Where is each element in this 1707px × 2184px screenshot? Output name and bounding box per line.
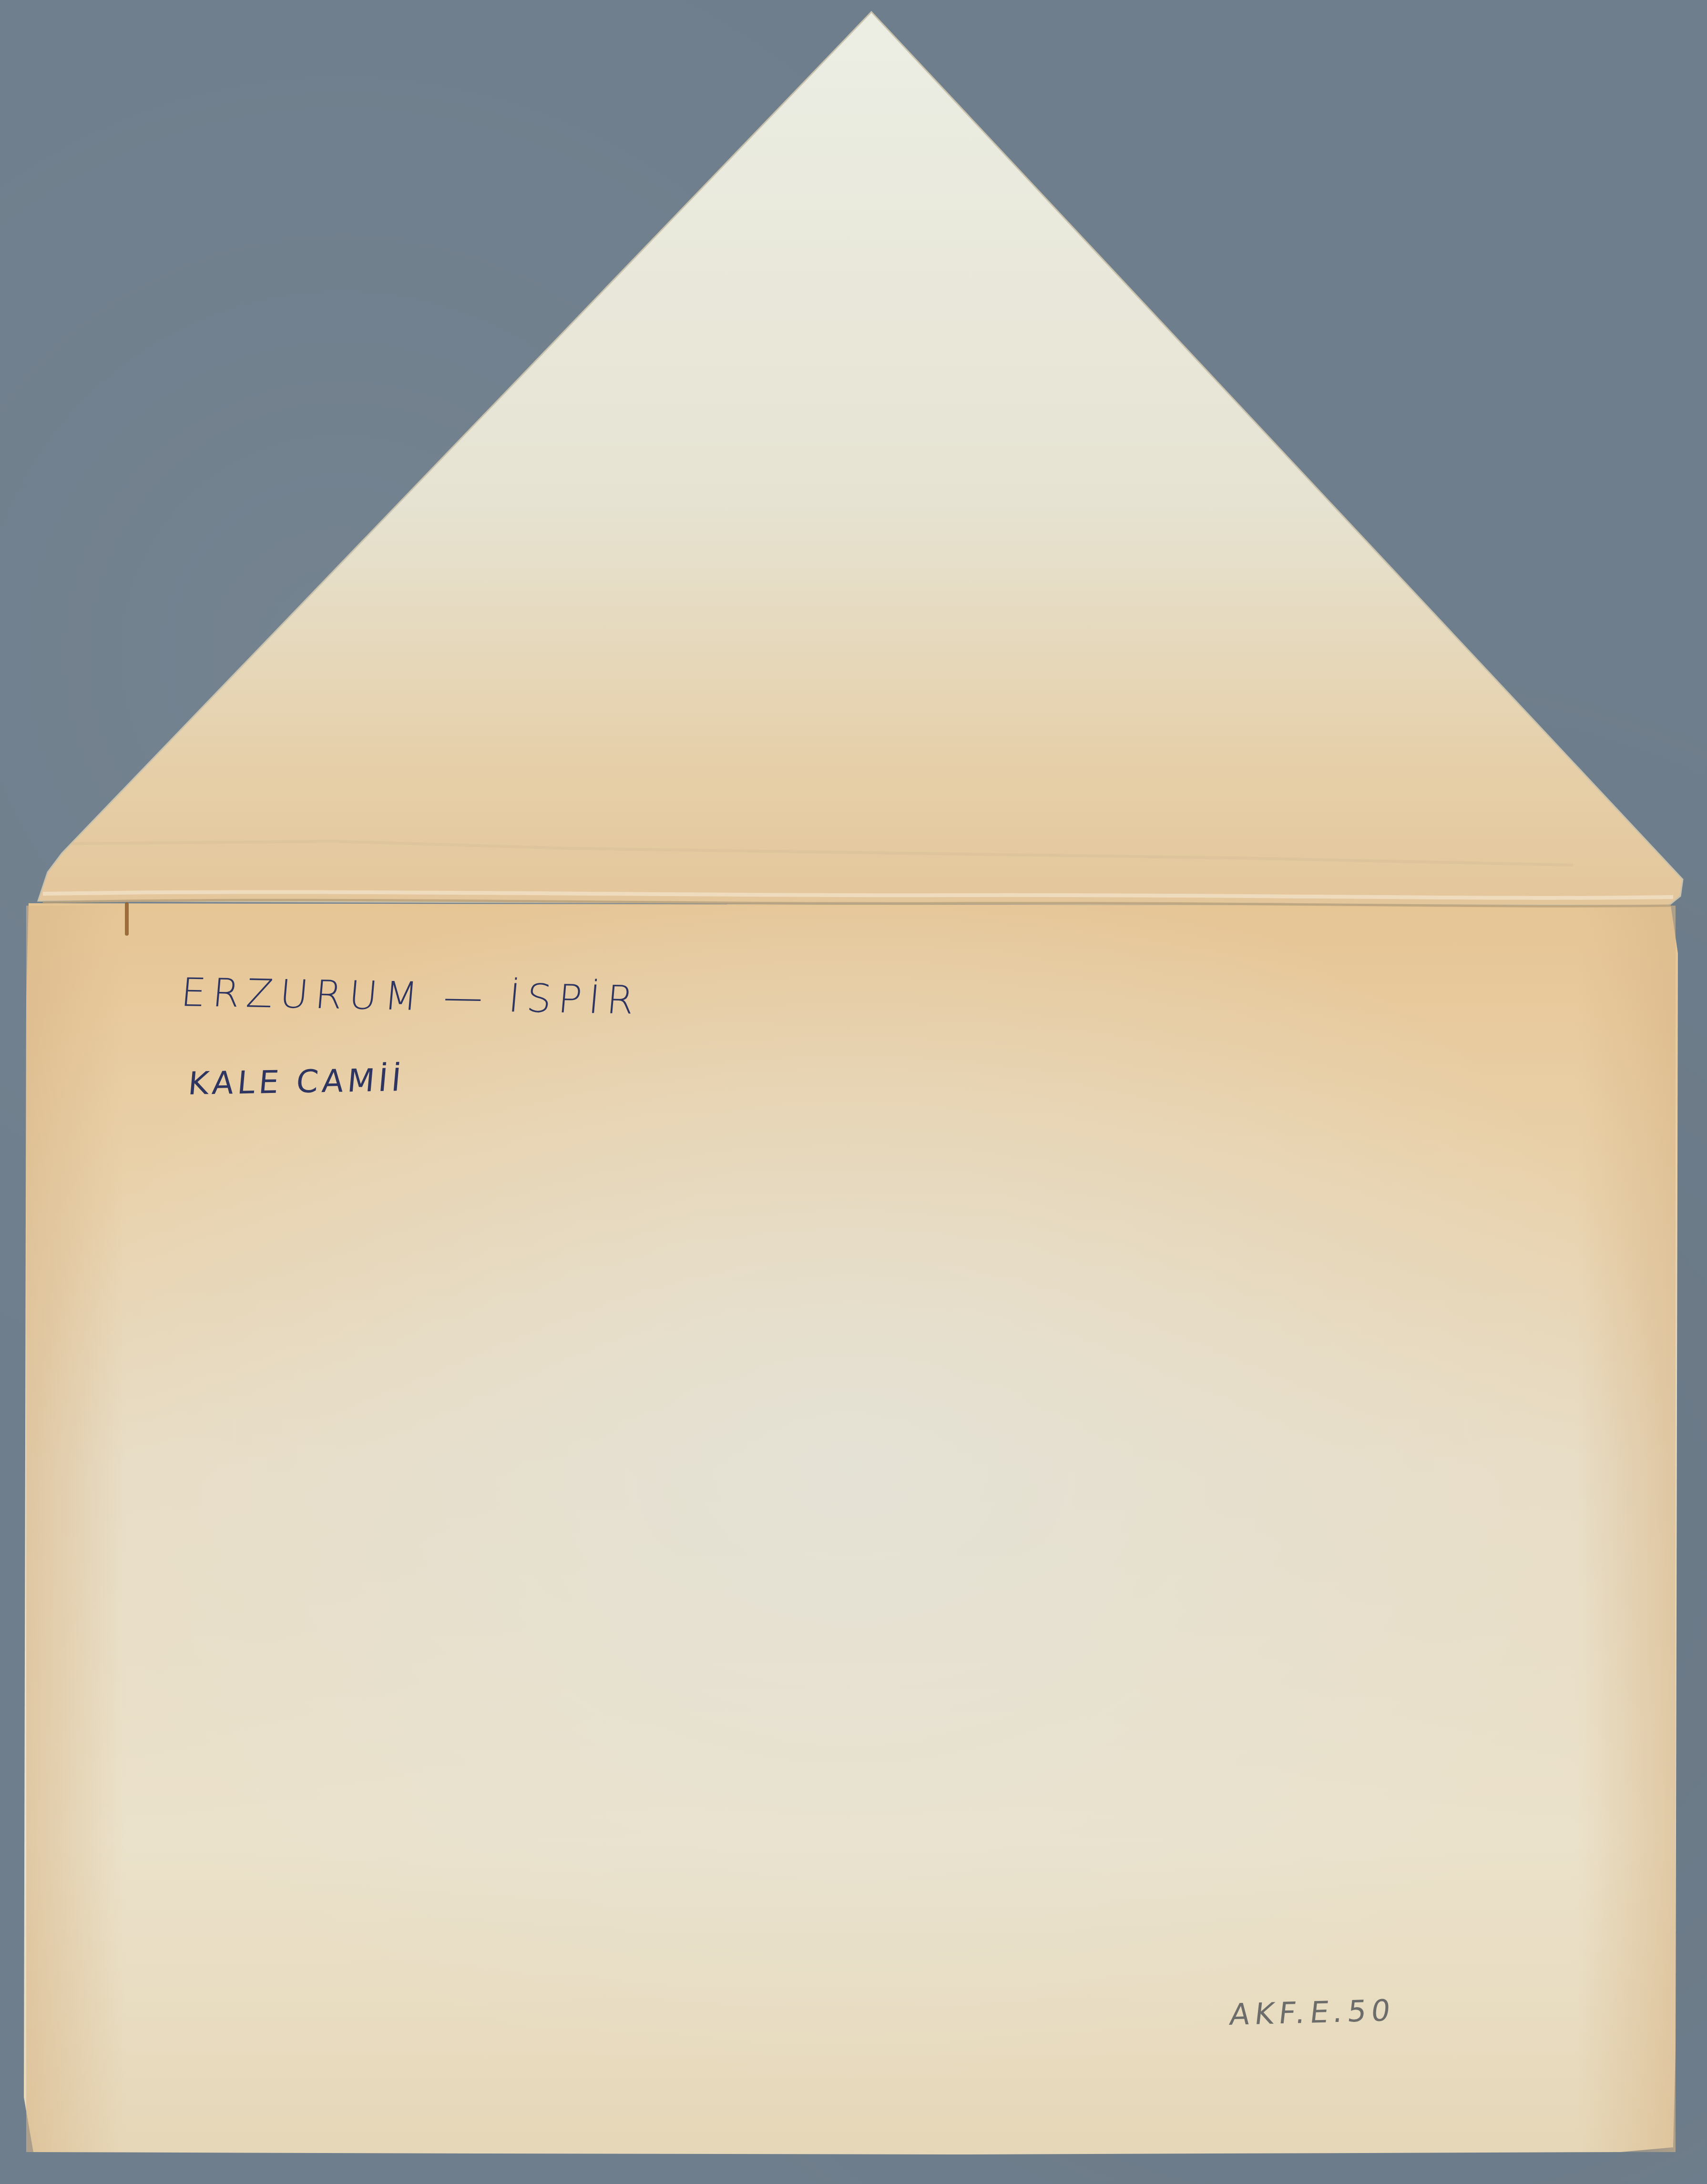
envelope-flap [38, 12, 1683, 906]
ink-stain-mark [125, 902, 129, 936]
handwritten-location: ERZURUM — İSPİR [179, 970, 643, 1023]
scan-stage: ERZURUM — İSPİR KALE CAMİİ AKF.E.50 [0, 0, 1707, 2184]
handwritten-subject: KALE CAMİİ [187, 1061, 407, 1102]
catalog-number: AKF.E.50 [1228, 1993, 1397, 2032]
